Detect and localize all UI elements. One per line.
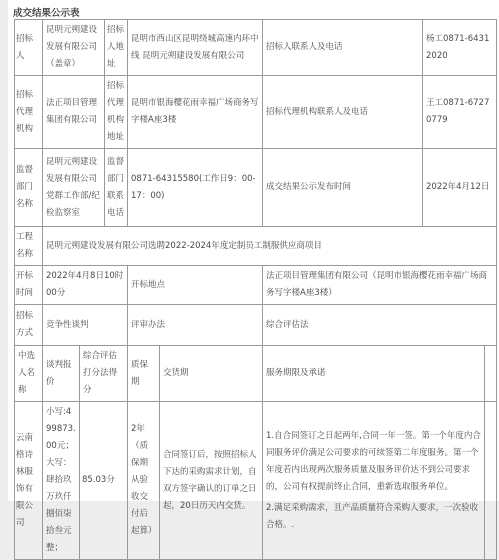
table-row-opening: 开标时间 2022年4月8日10时00分 开标地点 法正项目管理集团有限公司（昆… — [15, 266, 497, 305]
project-name: 昆明元朔建设发展有限公司选聘2022-2024年度定制员工制服供应商项目 — [43, 227, 497, 266]
page-title: 成交结果公示表 — [13, 5, 80, 19]
bidder-contact: 杨工0871-64312020 — [423, 20, 497, 76]
table-row-agency: 招标代理机构 法正项目管理集团有限公司 招标代理机构地址 昆明市银海樱花雨幸福广… — [15, 76, 497, 149]
delivery-period: 合同签订后，按照招标人下达的采购需求计划，自双方签字确认的订单之日起，20日历天… — [160, 402, 263, 510]
project-name-label: 工程名称 — [15, 227, 43, 266]
evaluation-score: 85.03分 — [80, 402, 128, 510]
table-row-supervision: 监督部门名称 昆明元朔建设发展有限公司党群工作部/纪检监察室 监督部门联系电话 … — [15, 149, 497, 227]
score-header: 综合评估打分法得分 — [80, 346, 128, 402]
open-place-label: 开标地点 — [128, 266, 263, 305]
agency-contact: 王工0871-67270779 — [423, 76, 497, 149]
publish-time-label: 成交结果公示发布时间 — [263, 149, 423, 227]
price-header: 谈判报价 — [43, 346, 80, 402]
winner-name: 云南格诗林服饰有限公司 — [15, 402, 43, 510]
document: 成交结果公示表 招标人 昆明元朔建设发展有限公司（盖章） 招标人地址 昆明市西山… — [8, 0, 499, 501]
bid-method-label: 招标方式 — [15, 305, 43, 346]
review-method: 综合评估法 — [263, 305, 497, 346]
warranty-header: 质保期 — [128, 346, 160, 402]
empty-data-cell — [485, 402, 497, 510]
warranty-period: 2年（质保期从验收交付后起算） — [128, 402, 160, 510]
supervision-phone-label: 监督部门联系电话 — [105, 149, 128, 227]
empty-header-cell — [485, 346, 497, 402]
agency-label: 招标代理机构 — [15, 76, 43, 149]
agency-contact-label: 招标代理机构联系人及电话 — [263, 76, 423, 149]
agency-address-label: 招标代理机构地址 — [105, 76, 128, 149]
bidder-address-label: 招标人地址 — [105, 20, 128, 76]
table-row-project: 工程名称 昆明元朔建设发展有限公司选聘2022-2024年度定制员工制服供应商项… — [15, 227, 497, 266]
delivery-header: 交货期 — [160, 346, 263, 402]
open-time: 2022年4月8日10时00分 — [43, 266, 128, 305]
bidder-address: 昆明市西山区昆明绕城高速内环中线 昆明元朔建设发展有限公司 — [128, 20, 263, 76]
table-row-method: 招标方式 竞争性谈判 评审办法 综合评估法 — [15, 305, 497, 346]
service-terms: 1.自合同签订之日起两年,合同一年一签。第一个年度内合同服务评价满足公司要求的可… — [263, 402, 485, 510]
open-time-label: 开标时间 — [15, 266, 43, 305]
negotiated-price: 小写:499873.00元；大写：肆拾玖万玖仟捌佰柒拾叁元整； — [43, 402, 80, 510]
winner-header: 中选人名称 — [15, 346, 43, 402]
supervision-name: 昆明元朔建设发展有限公司党群工作部/纪检监察室 — [43, 149, 105, 227]
service-header: 服务期限及承诺 — [263, 346, 485, 402]
open-place: 法正项目管理集团有限公司（昆明市银海樱花雨幸福广场商务写字楼A座3楼） — [263, 266, 497, 305]
agency-address: 昆明市银海樱花雨幸福广场商务写字楼A座3楼 — [128, 76, 263, 149]
table-row-result: 云南格诗林服饰有限公司 小写:499873.00元；大写：肆拾玖万玖仟捌佰柒拾叁… — [15, 402, 497, 510]
service-term-1: 1.自合同签订之日起两年,合同一年一签。第一个年度内合同服务评价满足公司要求的可… — [266, 428, 481, 496]
supervision-label: 监督部门名称 — [15, 149, 43, 227]
bidder-label: 招标人 — [15, 20, 43, 76]
table-row-result-header: 中选人名称 谈判报价 综合评估打分法得分 质保期 交货期 服务期限及承诺 — [15, 346, 497, 402]
bidder-contact-label: 招标人联系人及电话 — [263, 20, 423, 76]
service-term-2: 2.满足采购需求，且产品质量符合采购人要求，一次验收合格。. — [266, 500, 481, 510]
agency-name: 法正项目管理集团有限公司 — [43, 76, 105, 149]
review-method-label: 评审办法 — [128, 305, 263, 346]
table-row-bidder: 招标人 昆明元朔建设发展有限公司（盖章） 招标人地址 昆明市西山区昆明绕城高速内… — [15, 20, 497, 76]
bid-method: 竞争性谈判 — [43, 305, 128, 346]
publish-time: 2022年4月12日 — [423, 149, 497, 227]
bidder-name: 昆明元朔建设发展有限公司（盖章） — [43, 20, 105, 76]
result-table: 招标人 昆明元朔建设发展有限公司（盖章） 招标人地址 昆明市西山区昆明绕城高速内… — [14, 19, 497, 509]
supervision-phone: 0871-64315580(工作日9：00-17：00) — [128, 149, 263, 227]
